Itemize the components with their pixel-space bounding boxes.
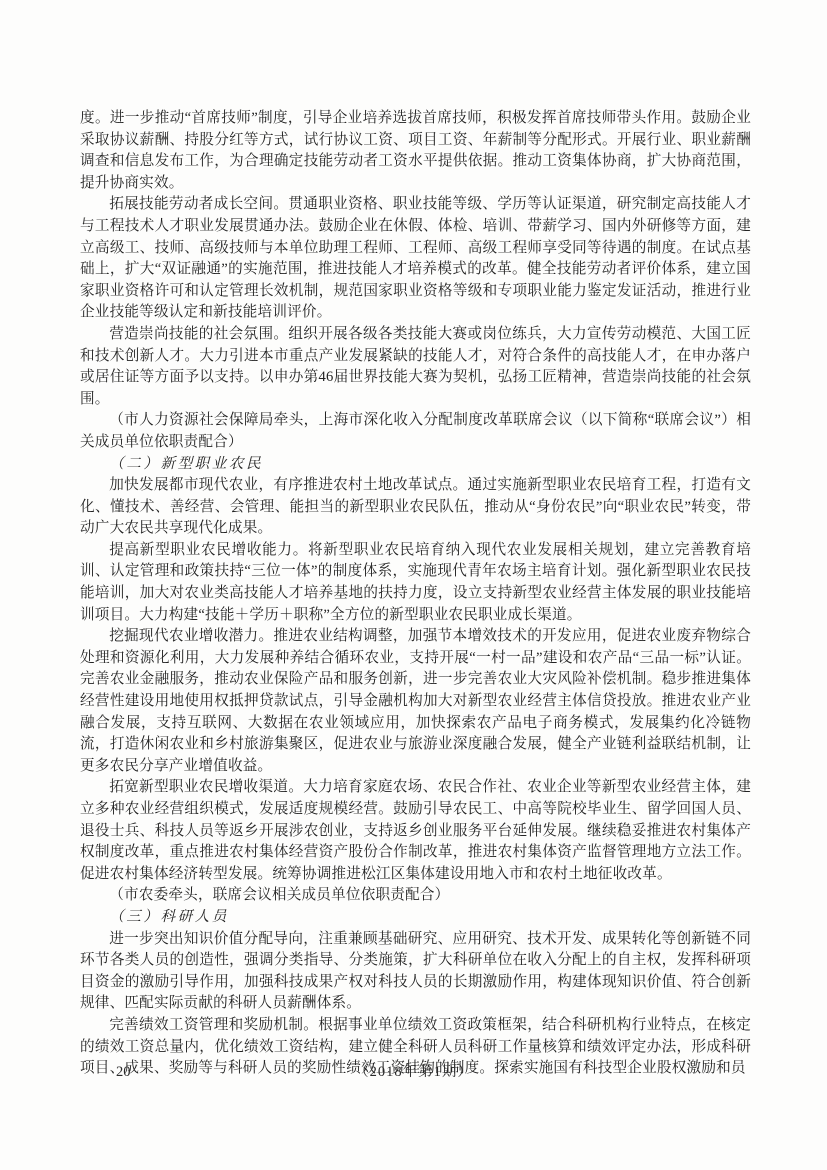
- paragraph-agriculture-income-potential: 挖掘现代农业增收潜力。推进农业结构调整，加强节本增效技术的开发应用，促进农业废弃…: [80, 626, 751, 777]
- paragraph-wage-negotiation: 度。进一步推动“首席技师”制度，引导企业培养选拔首席技师，积极发挥首席技师带头作…: [80, 108, 751, 194]
- paragraph-skill-growth-space: 拓展技能劳动者成长空间。贯通职业资格、职业技能等级、学历等认证渠道，研究制定高技…: [80, 194, 751, 324]
- document-page: 度。进一步推动“首席技师”制度，引导企业培养选拔首席技师，积极发挥首席技师带头作…: [0, 0, 827, 1170]
- paragraph-lead-unit-note-agriculture-committee: （市农委牵头，联席会议相关成员单位依职责配合）: [80, 885, 751, 907]
- section-heading-researchers: （三）科研人员: [80, 907, 751, 929]
- paragraph-knowledge-value-orientation: 进一步突出知识价值分配导向，注重兼顾基础研究、应用研究、技术开发、成果转化等创新…: [80, 929, 751, 1015]
- page-number: 20: [116, 1061, 131, 1083]
- paragraph-farmer-income-channels: 拓宽新型职业农民增收渠道。大力培育家庭农场、农民合作社、农业企业等新型农业经营主…: [80, 777, 751, 885]
- document-body: 度。进一步推动“首席技师”制度，引导企业培养选拔首席技师，积极发挥首席技师带头作…: [80, 108, 751, 1080]
- section-heading-new-type-professional-farmers: （二）新型职业农民: [80, 454, 751, 476]
- paragraph-farmer-income-capability: 提高新型职业农民增收能力。将新型职业农民培育纳入现代农业发展相关规划，建立完善教…: [80, 540, 751, 626]
- paragraph-urban-modern-agriculture: 加快发展都市现代农业，有序推进农村土地改革试点。通过实施新型职业农民培育工程，打…: [80, 475, 751, 540]
- paragraph-lead-unit-note-hr-bureau: （市人力资源社会保障局牵头，上海市深化收入分配制度改革联席会议（以下简称“联席会…: [80, 410, 751, 453]
- page-footer: 20 （2018年第1期）: [0, 1061, 827, 1083]
- paragraph-skill-social-atmosphere: 营造崇尚技能的社会氛围。组织开展各级各类技能大赛或岗位练兵，大力宣传劳动模范、大…: [80, 324, 751, 410]
